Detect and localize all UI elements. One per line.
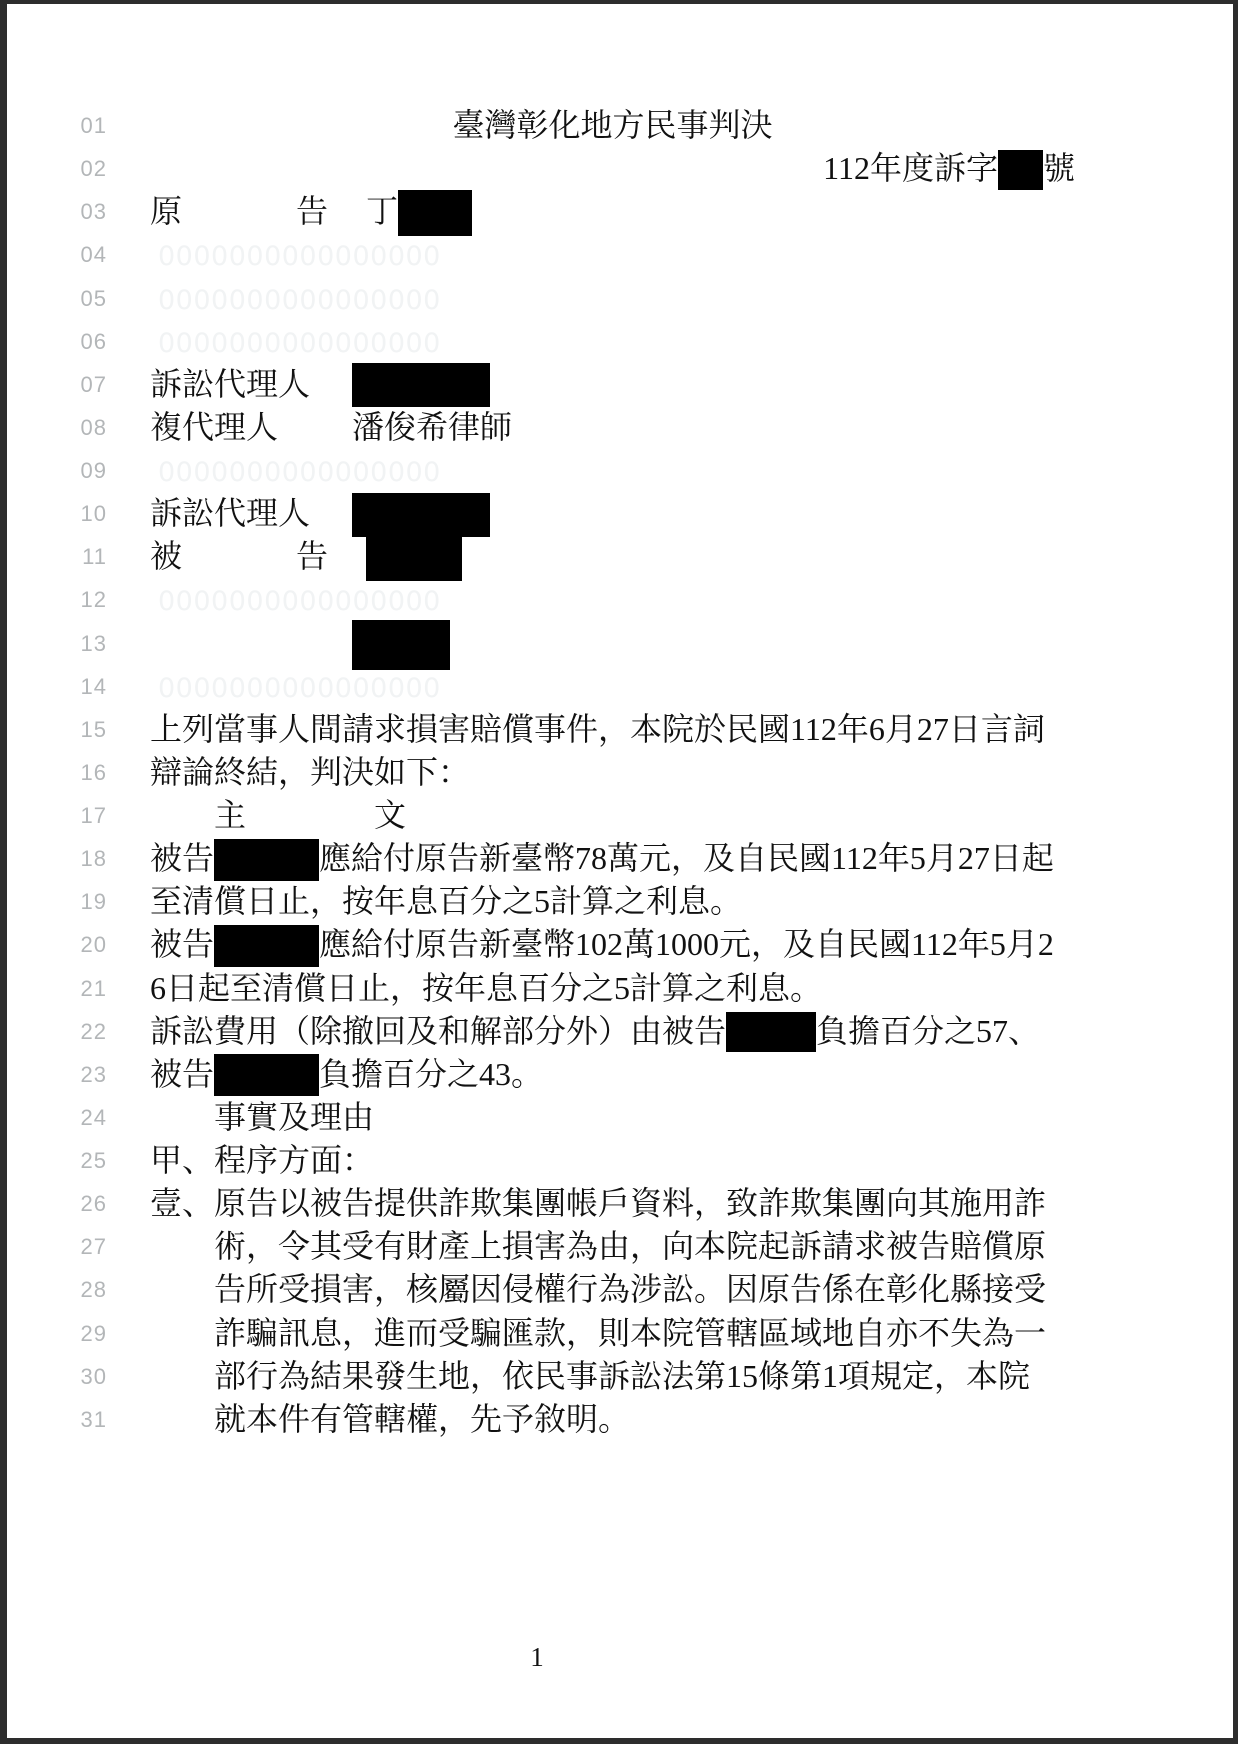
document-line: 15上列當事人間請求損害賠償事件，本院於民國112年6月27日言詞: [7, 708, 1233, 751]
spacer: [328, 565, 366, 567]
line-text: 被: [150, 538, 182, 574]
document-body: 01臺灣彰化地方民事判決02112年度訴字號03原告丁0400000000000…: [7, 104, 1233, 1441]
line-number: 11: [7, 535, 107, 578]
line-text: 告: [296, 193, 328, 229]
line-text: 潘俊希律師: [352, 409, 512, 445]
document-line: 060000000000000000: [7, 320, 1233, 363]
spacer: [150, 1428, 214, 1430]
page-number: 1: [530, 1642, 544, 1672]
document-line: 27術，令其受有財產上損害為由，向本院起訴請求被告賠償原: [7, 1225, 1233, 1268]
line-text: 號: [1043, 150, 1075, 186]
document-line: 23被告負擔百分之43。: [7, 1053, 1233, 1096]
document-line: 26壹、原告以被告提供詐欺集團帳戶資料，致詐欺集團向其施用詐: [7, 1182, 1233, 1225]
spacer: [150, 652, 352, 654]
spacer: [150, 1342, 214, 1344]
line-number: 14: [7, 665, 107, 708]
line-number: 22: [7, 1010, 107, 1053]
line-number: 05: [7, 277, 107, 320]
document-line: 20被告應給付原告新臺幣102萬1000元，及自民國112年5月2: [7, 923, 1233, 966]
line-number: 06: [7, 320, 107, 363]
line-text: 6日起至清償日止，按年息百分之5計算之利息。: [150, 970, 822, 1006]
anonymized-zeros-placeholder: 0000000000000000: [158, 673, 441, 704]
line-number: 24: [7, 1096, 107, 1139]
line-number: 23: [7, 1053, 107, 1096]
redaction-box: [366, 535, 462, 581]
document-line: 040000000000000000: [7, 233, 1233, 276]
line-text: 被告: [150, 926, 214, 962]
redaction-box: [214, 1054, 319, 1096]
line-text: 至清償日止，按年息百分之5計算之利息。: [150, 883, 742, 919]
line-number: 21: [7, 967, 107, 1010]
line-number: 08: [7, 406, 107, 449]
line-number: 17: [7, 794, 107, 837]
document-line: 11被告: [7, 535, 1233, 578]
line-number: 13: [7, 622, 107, 665]
document-line: 03原告丁: [7, 190, 1233, 233]
line-text: 壹、原告以被告提供詐欺集團帳戶資料，致詐欺集團向其施用詐: [150, 1185, 1046, 1221]
spacer: [182, 220, 296, 222]
spacer: [150, 824, 214, 826]
redaction-box: [726, 1012, 816, 1052]
document-line: 216日起至清償日止，按年息百分之5計算之利息。: [7, 967, 1233, 1010]
spacer: [150, 1298, 214, 1300]
line-text: 事實及理由: [214, 1099, 374, 1135]
spacer: [278, 436, 352, 438]
line-number: 25: [7, 1139, 107, 1182]
line-text: 訴訟費用（除撤回及和解部分外）由被告: [150, 1013, 726, 1049]
line-text: 丁: [366, 193, 398, 229]
redaction-box: [214, 839, 319, 881]
spacer: [310, 393, 352, 395]
line-text: 詐騙訊息，進而受騙匯款，則本院管轄區域地自亦不失為一: [214, 1315, 1046, 1351]
document-line: 22訴訟費用（除撤回及和解部分外）由被告負擔百分之57、: [7, 1010, 1233, 1053]
document-line: 16辯論終結，判決如下：: [7, 751, 1233, 794]
line-text: 被告: [150, 1056, 214, 1092]
redaction-box: [352, 363, 490, 407]
redaction-box: [352, 493, 490, 537]
redaction-box: [398, 190, 472, 236]
document-line: 08複代理人潘俊希律師: [7, 406, 1233, 449]
line-text: 負擔百分之57、: [816, 1013, 1040, 1049]
line-number: 04: [7, 233, 107, 276]
line-number: 07: [7, 363, 107, 406]
document-line: 17主文: [7, 794, 1233, 837]
line-number: 30: [7, 1355, 107, 1398]
line-number: 02: [7, 147, 107, 190]
anonymized-zeros-placeholder: 0000000000000000: [158, 586, 441, 617]
line-number: 18: [7, 837, 107, 880]
line-number: 26: [7, 1182, 107, 1225]
spacer: [246, 824, 374, 826]
document-line: 07訴訟代理人: [7, 363, 1233, 406]
spacer: [182, 565, 296, 567]
line-text: 臺灣彰化地方民事判決: [452, 107, 772, 143]
line-number: 09: [7, 449, 107, 492]
line-number: 03: [7, 190, 107, 233]
line-number: 31: [7, 1398, 107, 1441]
line-text: 被告: [150, 840, 214, 876]
line-text: 應給付原告新臺幣102萬1000元，及自民國112年5月2: [319, 926, 1054, 962]
line-text: 告所受損害，核屬因侵權行為涉訟。因原告係在彰化縣接受: [214, 1271, 1046, 1307]
spacer: [310, 522, 352, 524]
document-line: 13: [7, 622, 1233, 665]
document-line: 10訴訟代理人: [7, 492, 1233, 535]
document-line: 01臺灣彰化地方民事判決: [7, 104, 1233, 147]
spacer: [150, 1255, 214, 1257]
document-line: 140000000000000000: [7, 665, 1233, 708]
line-text: 應給付原告新臺幣78萬元，及自民國112年5月27日起: [319, 840, 1054, 876]
line-text: 訴訟代理人: [150, 366, 310, 402]
document-line: 29詐騙訊息，進而受騙匯款，則本院管轄區域地自亦不失為一: [7, 1312, 1233, 1355]
line-number: 19: [7, 880, 107, 923]
line-number: 16: [7, 751, 107, 794]
line-number: 27: [7, 1225, 107, 1268]
document-line: 24事實及理由: [7, 1096, 1233, 1139]
line-text: 部行為結果發生地，依民事訴訟法第15條第1項規定，本院: [214, 1358, 1030, 1394]
anonymized-zeros-placeholder: 0000000000000000: [158, 457, 441, 488]
line-text: 甲、程序方面：: [150, 1142, 374, 1178]
line-number: 29: [7, 1312, 107, 1355]
redaction-box: [352, 620, 450, 670]
redaction-box: [214, 925, 319, 967]
document-line: 19至清償日止，按年息百分之5計算之利息。: [7, 880, 1233, 923]
line-text: 辯論終結，判決如下：: [150, 754, 470, 790]
line-number: 01: [7, 104, 107, 147]
document-line: 120000000000000000: [7, 578, 1233, 621]
line-text: 原: [150, 193, 182, 229]
line-text: 告: [296, 538, 328, 574]
document-line: 31就本件有管轄權，先予敘明。: [7, 1398, 1233, 1441]
page-footer: 1: [477, 1642, 597, 1673]
document-line: 30部行為結果發生地，依民事訴訟法第15條第1項規定，本院: [7, 1355, 1233, 1398]
judgment-page: 01臺灣彰化地方民事判決02112年度訴字號03原告丁0400000000000…: [0, 0, 1238, 1744]
spacer: [150, 1385, 214, 1387]
anonymized-zeros-placeholder: 0000000000000000: [158, 241, 441, 272]
line-text: 訴訟代理人: [150, 495, 310, 531]
document-line: 28告所受損害，核屬因侵權行為涉訟。因原告係在彰化縣接受: [7, 1268, 1233, 1311]
line-number: 10: [7, 492, 107, 535]
document-line: 050000000000000000: [7, 277, 1233, 320]
line-number: 12: [7, 578, 107, 621]
line-number: 20: [7, 923, 107, 966]
line-text: 術，令其受有財產上損害為由，向本院起訴請求被告賠償原: [214, 1228, 1046, 1264]
anonymized-zeros-placeholder: 0000000000000000: [158, 285, 441, 316]
document-line: 18被告應給付原告新臺幣78萬元，及自民國112年5月27日起: [7, 837, 1233, 880]
line-number: 15: [7, 708, 107, 751]
redaction-box: [998, 150, 1043, 190]
document-line: 090000000000000000: [7, 449, 1233, 492]
line-text: 負擔百分之43。: [319, 1056, 543, 1092]
line-number: 28: [7, 1268, 107, 1311]
line-text: 文: [374, 797, 406, 833]
document-line: 25甲、程序方面：: [7, 1139, 1233, 1182]
spacer: [328, 220, 366, 222]
line-text: 複代理人: [150, 409, 278, 445]
line-text: 就本件有管轄權，先予敘明。: [214, 1401, 630, 1437]
spacer: [150, 1126, 214, 1128]
document-line: 02112年度訴字號: [7, 147, 1233, 190]
anonymized-zeros-placeholder: 0000000000000000: [158, 328, 441, 359]
line-text: 112年度訴字: [823, 150, 998, 186]
line-text: 主: [214, 797, 246, 833]
line-text: 上列當事人間請求損害賠償事件，本院於民國112年6月27日言詞: [150, 711, 1045, 747]
